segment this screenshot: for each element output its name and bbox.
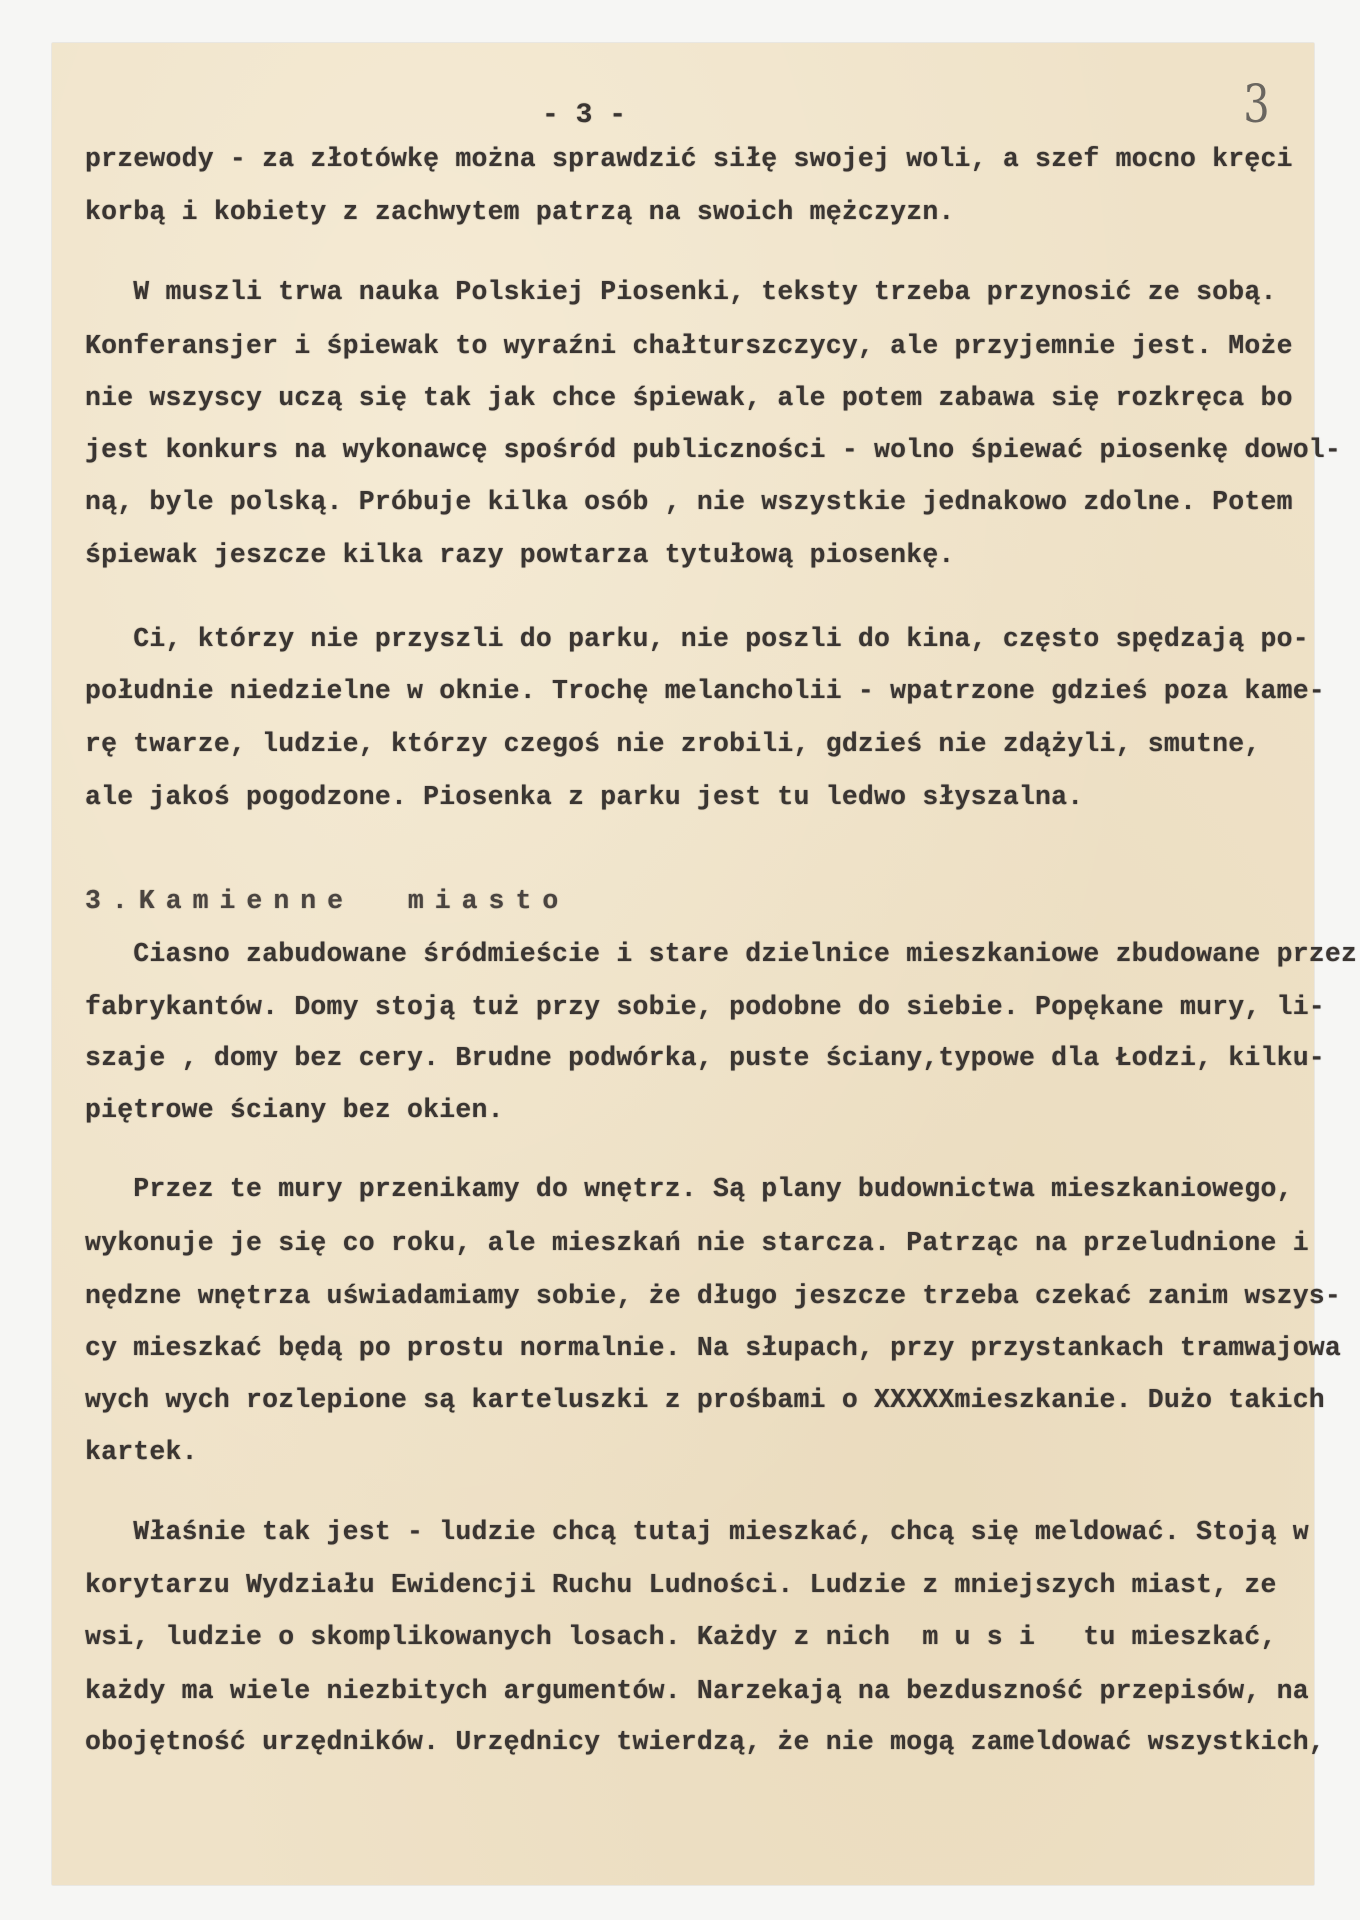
text-line: Konferansjer i śpiewak to wyraźni chałtu…	[85, 331, 1293, 361]
text-line: każdy ma wiele niezbitych argumentów. Na…	[85, 1676, 1309, 1706]
text-line: Ci, którzy nie przyszli do parku, nie po…	[85, 624, 1309, 654]
text-line: ale jakoś pogodzone. Piosenka z parku je…	[85, 782, 1083, 812]
text-line: przewody - za złotówkę można sprawdzić s…	[85, 144, 1293, 174]
text-line: Przez te mury przenikamy do wnętrz. Są p…	[85, 1174, 1293, 1204]
typewritten-page: - 3 - 3 przewody - za złotówkę można spr…	[52, 43, 1314, 1885]
text-line: korytarzu Wydziału Ewidencji Ruchu Ludno…	[85, 1570, 1277, 1600]
text-line: obojętność urzędników. Urzędnicy twierdz…	[85, 1727, 1325, 1757]
text-line: korbą i kobiety z zachwytem patrzą na sw…	[85, 197, 955, 227]
text-line: kartek.	[85, 1437, 198, 1467]
text-line: wych wych rozlepione są karteluszki z pr…	[85, 1385, 1325, 1415]
text-line: fabrykantów. Domy stoją tuż przy sobie, …	[85, 992, 1325, 1022]
text-line: ną, byle polską. Próbuje kilka osób , ni…	[85, 487, 1293, 517]
text-line: południe niedzielne w oknie. Trochę mela…	[85, 676, 1325, 706]
text-line: szaje , domy bez cery. Brudne podwórka, …	[85, 1043, 1325, 1073]
text-line: nędzne wnętrza uświadamiamy sobie, że dł…	[85, 1281, 1341, 1311]
text-line: cy mieszkać będą po prostu normalnie. Na…	[85, 1333, 1341, 1363]
text-line: piętrowe ściany bez okien.	[85, 1095, 504, 1125]
text-line: śpiewak jeszcze kilka razy powtarza tytu…	[85, 540, 955, 570]
text-line: wykonuje je się co roku, ale mieszkań ni…	[85, 1228, 1309, 1258]
text-line: Właśnie tak jest - ludzie chcą tutaj mie…	[85, 1517, 1309, 1547]
typed-page-number: - 3 -	[542, 100, 626, 131]
text-line: W muszli trwa nauka Polskiej Piosenki, t…	[85, 277, 1277, 307]
handwritten-page-number: 3	[1243, 75, 1269, 135]
text-line: wsi, ludzie o skomplikowanych losach. Ka…	[85, 1622, 1277, 1652]
text-line: Ciasno zabudowane śródmieście i stare dz…	[85, 939, 1357, 969]
section-heading: 3.Kamienne miasto	[85, 886, 569, 916]
text-line: nie wszyscy uczą się tak jak chce śpiewa…	[85, 383, 1293, 413]
text-line: rę twarze, ludzie, którzy czegoś nie zro…	[85, 729, 1261, 759]
text-line: jest konkurs na wykonawcę spośród public…	[85, 435, 1341, 465]
